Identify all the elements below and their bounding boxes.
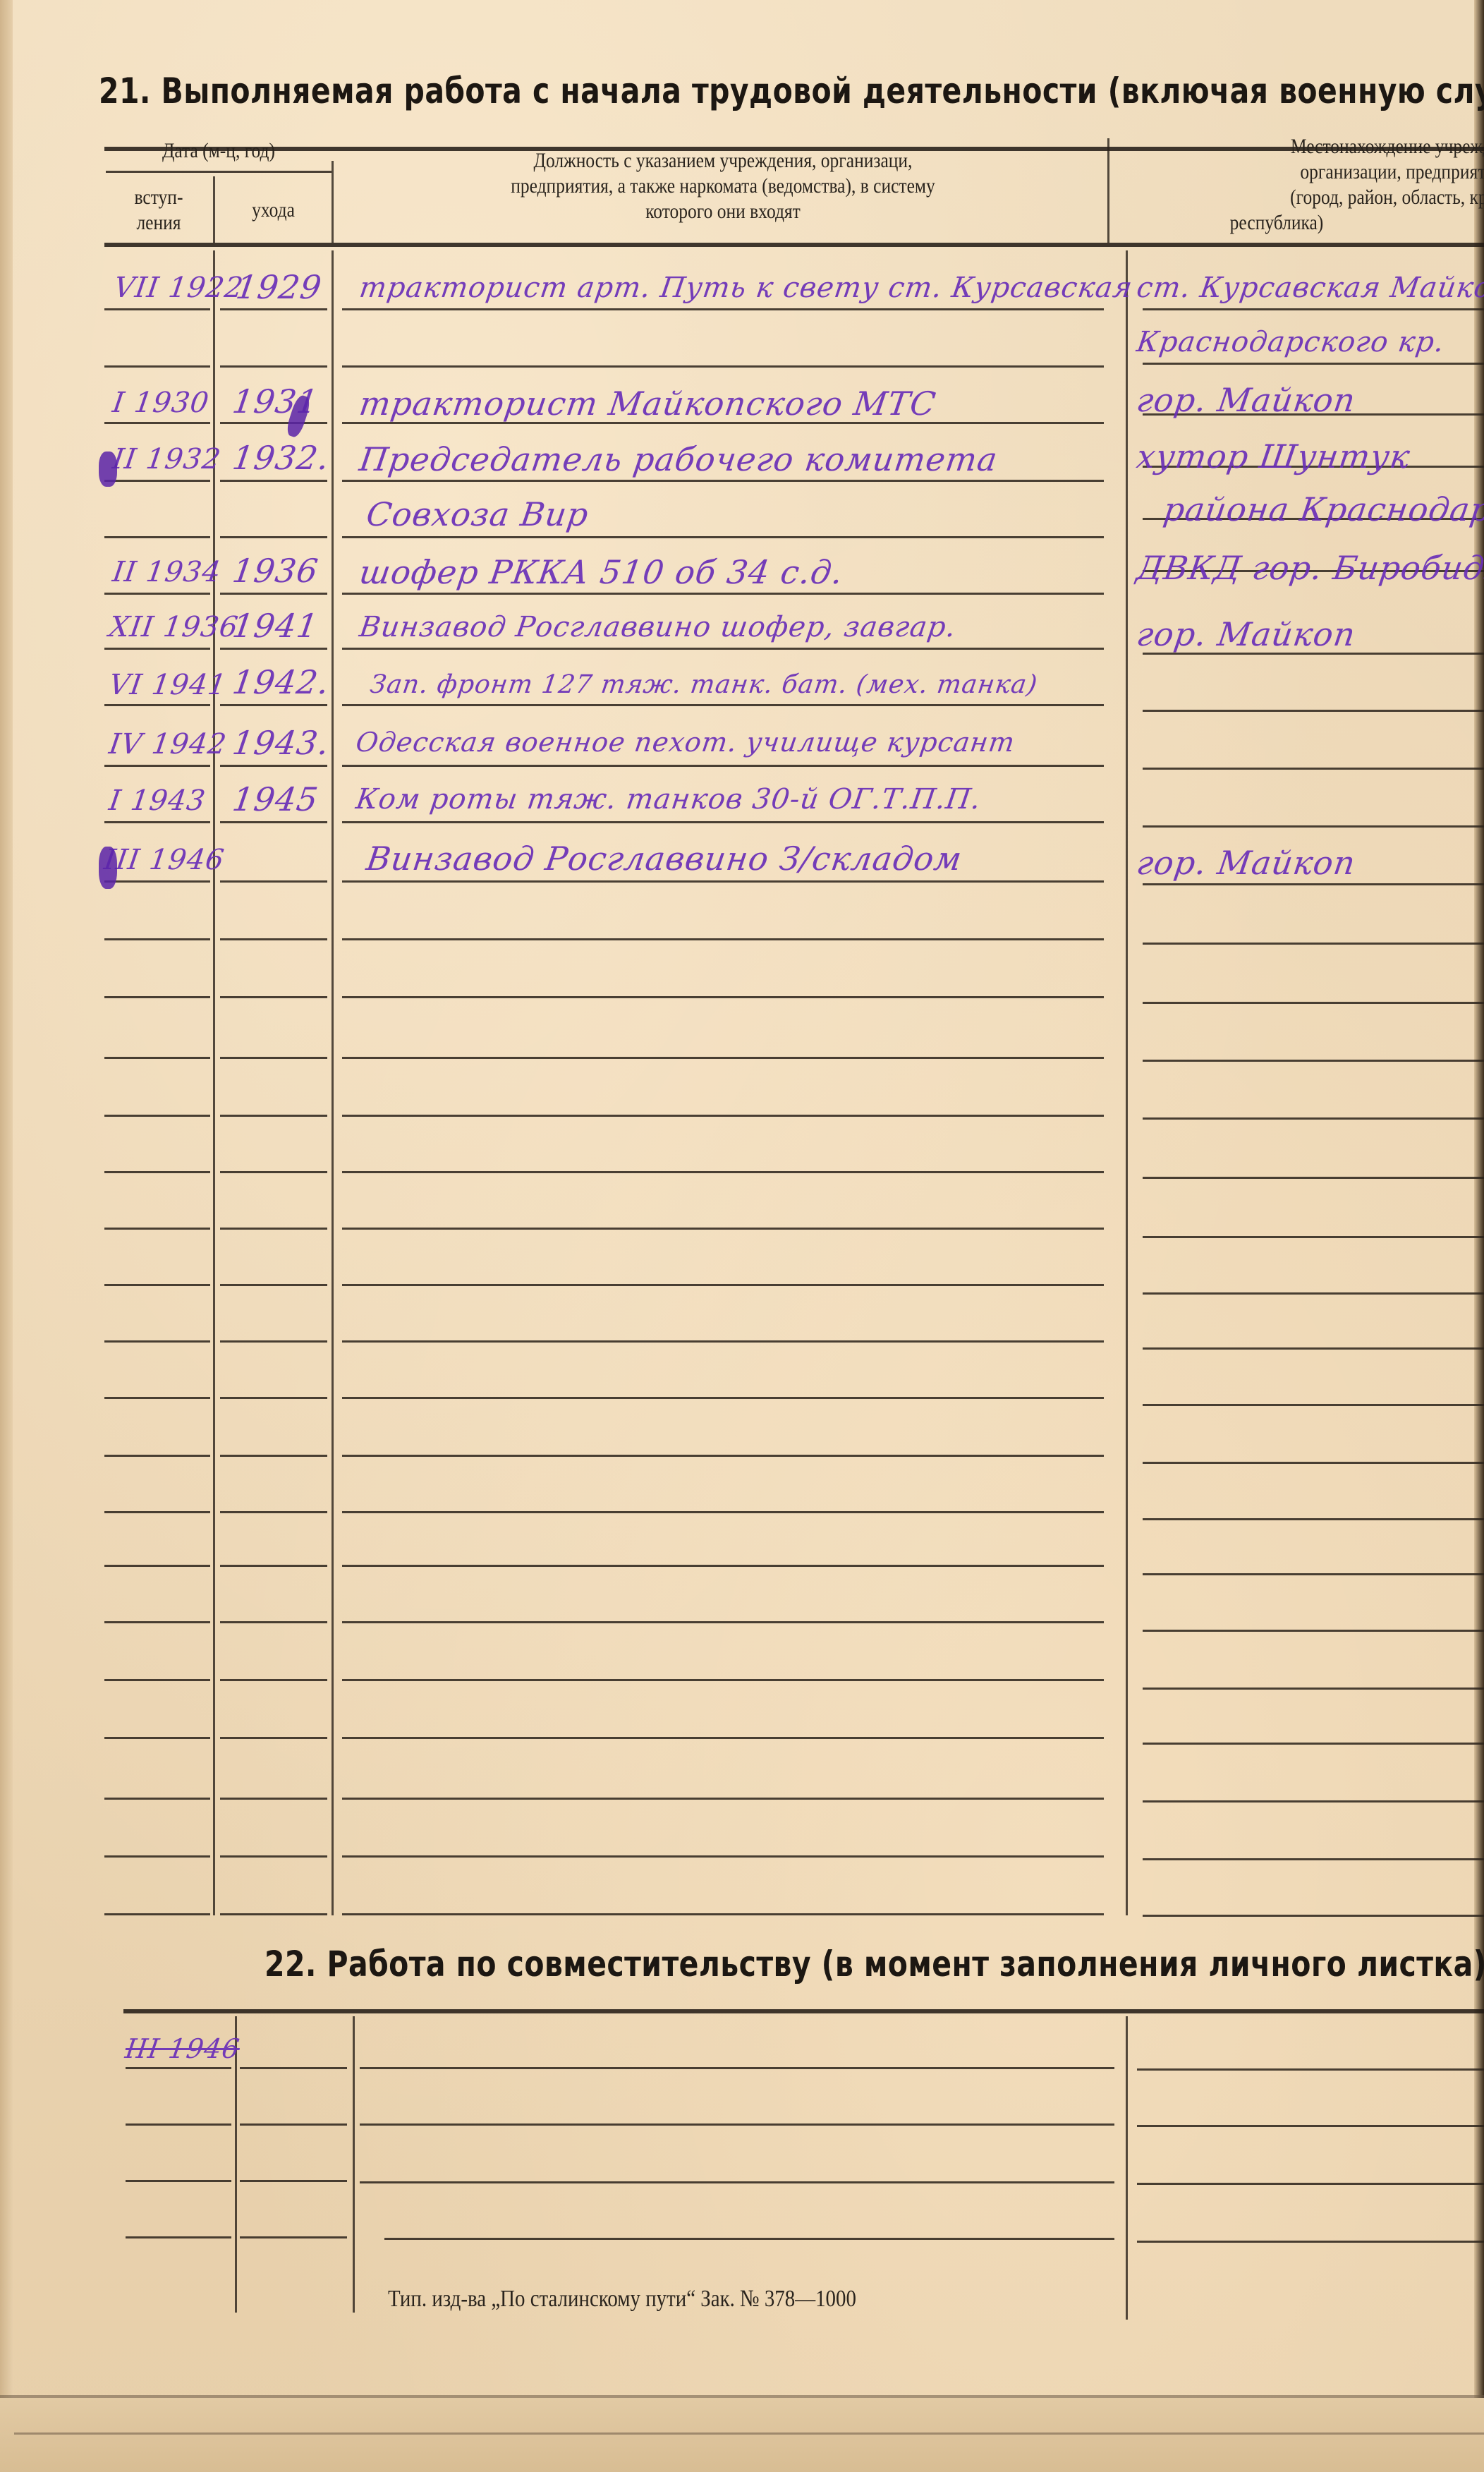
entry-position: тракторист Майкопского МТС — [357, 384, 938, 423]
entry-location: гор. Майкоп — [1134, 381, 1358, 419]
entry-location: Краснодарского кр. — [1135, 326, 1447, 358]
entry-date-out: 1945 — [230, 780, 321, 818]
ink-blot — [99, 847, 117, 889]
entry-location: ст. Курсавская Майкоп — [1135, 272, 1484, 304]
entry-date-out: 1929 — [233, 268, 324, 306]
ink-blot — [99, 452, 117, 487]
header-location-3: (город, район, область, кра — [1172, 185, 1484, 210]
page-fold-line — [14, 2432, 1484, 2435]
entry-date-in: IV 1942 — [107, 728, 229, 761]
section-22-title: 22. Работа по совместительству (в момент… — [264, 1944, 1484, 1985]
entry-date-in: I 1943 — [107, 784, 208, 817]
header-date-in-2: ления — [114, 210, 204, 236]
header-location-1: Местонахождение учрежден — [1174, 134, 1484, 159]
entry-date-in: VII 1922 — [112, 272, 245, 304]
page-left-edge — [0, 0, 13, 2472]
col-divider-position — [353, 2016, 355, 2313]
entry-date-out: 1936 — [230, 552, 321, 590]
entry-location: гор. Майкоп — [1134, 844, 1358, 882]
header-location-2: организации, предприяти — [1172, 159, 1484, 185]
entry-position: Зап. фронт 127 тяж. танк. бат. (мех. тан… — [368, 670, 1040, 699]
header-col-divider — [1107, 138, 1109, 243]
entry-position: Ком роты тяж. танков 30-й ОГ.Т.П.П. — [354, 783, 983, 816]
header-position-3: которого они входят — [396, 199, 1050, 224]
entry-date-in: II 1934 — [111, 556, 224, 588]
col-divider-position — [332, 250, 334, 1915]
entry-date-in: III 1946 — [102, 844, 226, 876]
underlying-pages — [0, 2398, 1484, 2472]
header-date-group: Дата (м-ц, год) — [123, 138, 315, 164]
header-col-divider — [213, 176, 215, 243]
entry-location: района Краснодар — [1161, 490, 1484, 528]
entry-position: Винзавод Росглаввино З/складом — [364, 840, 964, 878]
col-divider-location — [1126, 250, 1128, 1915]
entry-date-in: VI 1941 — [107, 669, 229, 701]
section-22-top-rule — [123, 2009, 1484, 2013]
entry-date-out: 1941 — [230, 607, 321, 645]
entry-location: хутор Шунтук — [1134, 437, 1413, 475]
entry-position: тракторист арт. Путь к свету ст. Курсавс… — [358, 272, 1135, 304]
entry-date-out: 1942. — [230, 663, 332, 701]
entry-date-in: XII 1936 — [107, 611, 241, 643]
entry-date-in: I 1930 — [111, 387, 212, 419]
entry-location: ДВКД гор. Биробидж — [1134, 549, 1484, 587]
entry-position: Председатель рабочего комитета — [357, 440, 1000, 478]
header-col-divider — [332, 161, 334, 243]
entry-date-out: 1932. — [230, 439, 332, 477]
header-position-1: Должность с указанием учреждения, органи… — [396, 148, 1050, 174]
header-position-2: предприятия, а также наркомата (ведомств… — [396, 174, 1050, 199]
printer-imprint: Тип. изд-ва „По сталинскому пути“ Зак. №… — [388, 2286, 856, 2313]
entry-date-out: 1943. — [230, 724, 332, 762]
col-divider-date — [213, 250, 215, 1915]
entry-date-in-crossed: III 1946 — [123, 2033, 242, 2064]
header-date-rule — [106, 171, 332, 173]
page-fold-line — [0, 2395, 1484, 2398]
header-date-out: ухода — [224, 198, 322, 223]
entry-location: гор. Майкоп — [1134, 615, 1358, 653]
entry-position: Одесская военное пехот. училище курсант — [354, 727, 1017, 758]
section-21-title: 21. Выполняемая работа с начала трудовой… — [99, 71, 1484, 111]
entry-date-in: II 1932 — [111, 443, 224, 475]
col-divider-location — [1126, 2016, 1128, 2320]
header-location-4: республика) — [1151, 210, 1403, 236]
entry-position: шофер РККА 510 об 34 с.д. — [357, 553, 846, 591]
entry-position: Винзавод Росглаввино шофер, завгар. — [358, 611, 959, 643]
header-bottom-rule — [104, 243, 1484, 247]
header-date-in-1: вступ- — [114, 185, 204, 210]
entry-position: Совхоза Вир — [364, 495, 591, 533]
